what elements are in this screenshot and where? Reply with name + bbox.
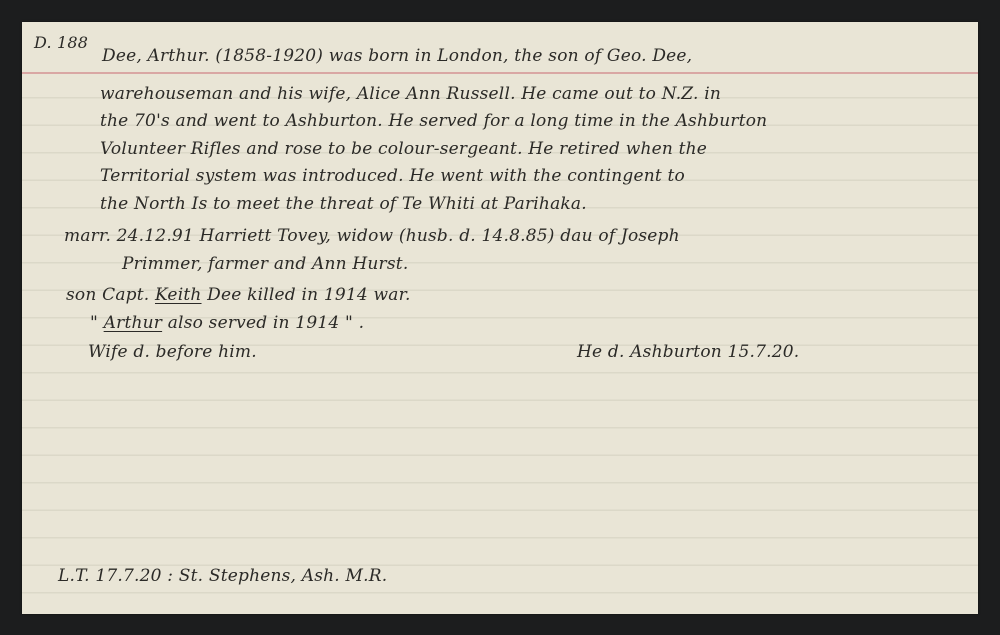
entry-line-6: the North Is to meet the threat of Te Wh…: [100, 194, 587, 214]
entry-line-2: warehouseman and his wife, Alice Ann Rus…: [100, 84, 721, 104]
son-name-keith: Keith: [155, 285, 202, 305]
marriage-line: marr. 24.12.91 Harriett Tovey, widow (hu…: [64, 226, 680, 246]
marriage-line-continued: Primmer, farmer and Ann Hurst.: [122, 254, 408, 274]
son-arthur-line: " Arthur also served in 1914 " .: [90, 313, 364, 333]
entry-line-4: Volunteer Rifles and rose to be colour-s…: [100, 139, 707, 159]
entry-line-3: the 70's and went to Ashburton. He serve…: [100, 111, 767, 131]
index-card: D. 188 Dee, Arthur. (1858-1920) was born…: [22, 22, 978, 614]
death-note: He d. Ashburton 15.7.20.: [577, 342, 799, 362]
card-reference-number: D. 188: [34, 33, 88, 52]
entry-line-1: Dee, Arthur. (1858-1920) was born in Lon…: [102, 46, 692, 66]
son-keith-detail: Dee killed in 1914 war.: [207, 285, 411, 305]
son-keith-line: son Capt. Keith Dee killed in 1914 war.: [66, 285, 411, 305]
entry-line-5: Territorial system was introduced. He we…: [100, 166, 685, 186]
son-prefix: son Capt.: [66, 285, 149, 305]
header-red-rule: [22, 72, 978, 74]
son-name-arthur: Arthur: [104, 313, 162, 333]
wife-death-note: Wife d. before him.: [88, 342, 257, 362]
source-footer: L.T. 17.7.20 : St. Stephens, Ash. M.R.: [58, 566, 387, 586]
ditto-mark: ": [90, 313, 98, 333]
son-arthur-detail: also served in 1914 " .: [168, 313, 364, 333]
